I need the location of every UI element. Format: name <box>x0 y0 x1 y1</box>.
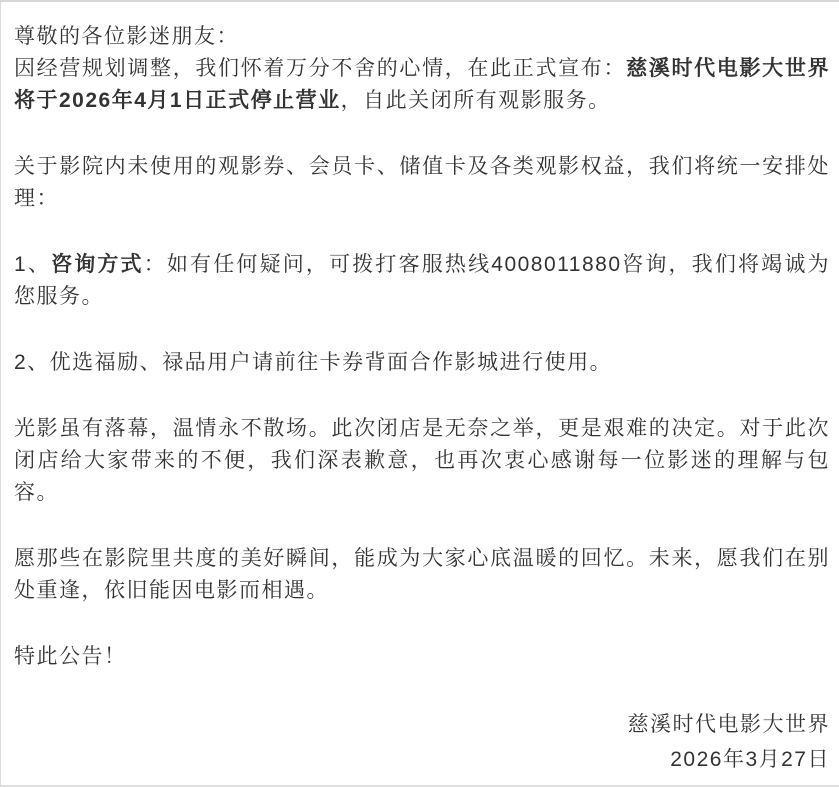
salutation: 尊敬的各位影迷朋友： <box>14 21 830 53</box>
opening-text-before: 因经营规划调整，我们怀着万分不舍的心情，在此正式宣布： <box>14 57 626 80</box>
hotline-number: 4008011880 <box>491 253 621 276</box>
item1-text-before-hotline: ：如有任何疑问，可拨打客服热线 <box>144 253 492 276</box>
signature-block: 慈溪时代电影大世界 2026年3月27日 <box>14 707 830 777</box>
greeting-block: 尊敬的各位影迷朋友： 因经营规划调整，我们怀着万分不舍的心情，在此正式宣布：慈溪… <box>14 21 830 117</box>
list-item-partner-cards: 2、优选福励、禄品用户请前往卡券背面合作影城进行使用。 <box>14 347 830 379</box>
memory-paragraph: 愿那些在影院里共度的美好瞬间，能成为大家心底温暖的回忆。未来，愿我们在别处重逢，… <box>14 543 830 607</box>
closing-statement: 特此公告！ <box>14 641 830 673</box>
signature-name: 慈溪时代电影大世界 <box>14 707 830 742</box>
item1-number: 1、 <box>14 253 51 276</box>
signature-date: 2026年3月27日 <box>14 742 830 777</box>
item1-bold-label: 咨询方式 <box>51 253 144 276</box>
farewell-paragraph: 光影虽有落幕，温情永不散场。此次闭店是无奈之举，更是艰难的决定。对于此次闭店给大… <box>14 413 830 509</box>
closure-announcement-page: 尊敬的各位影迷朋友： 因经营规划调整，我们怀着万分不舍的心情，在此正式宣布：慈溪… <box>0 0 839 787</box>
opening-paragraph: 因经营规划调整，我们怀着万分不舍的心情，在此正式宣布：慈溪时代电影大世界将于20… <box>14 53 830 117</box>
opening-text-after: ，自此关闭所有观影服务。 <box>341 89 611 112</box>
list-item-consult: 1、咨询方式：如有任何疑问，可拨打客服热线4008011880咨询，我们将竭诚为… <box>14 249 830 313</box>
cards-notice-paragraph: 关于影院内未使用的观影券、会员卡、储值卡及各类观影权益，我们将统一安排处理： <box>14 151 830 215</box>
